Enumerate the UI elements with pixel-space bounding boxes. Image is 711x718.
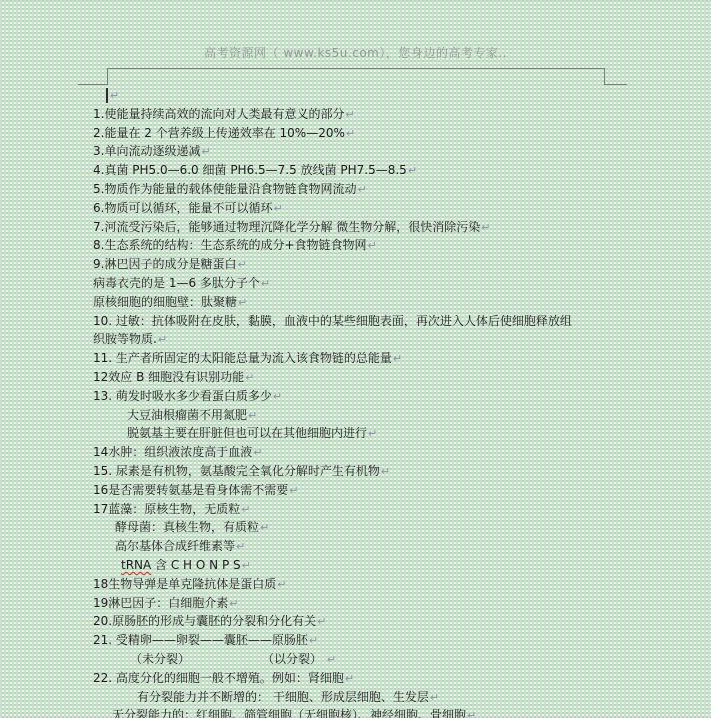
text-boundary-corner-left-arm xyxy=(78,84,108,85)
doc-line[interactable]: 4.真菌 PH5.0—6.0 细菌 PH6.5—7.5 放线菌 PH7.5—8.… xyxy=(0,161,711,180)
paragraph-mark-icon: ↵ xyxy=(110,89,119,102)
doc-line[interactable]: 8.生态系统的结构：生态系统的成分+食物链食物网↵ xyxy=(0,236,711,255)
paragraph-mark-icon: ↵ xyxy=(309,634,318,647)
doc-text: 6.物质可以循环，能量不可以循环 xyxy=(93,201,272,215)
paragraph-mark-icon: ↵ xyxy=(467,709,476,718)
doc-line[interactable]: （未分裂） （以分裂） ↵ xyxy=(0,650,711,669)
paragraph-mark-icon: ↵ xyxy=(238,296,247,309)
doc-line[interactable]: 19淋巴因子：白细胞介素↵ xyxy=(0,594,711,613)
doc-text: 1.使能量持续高效的流向对人类最有意义的部分 xyxy=(93,107,344,121)
doc-text: 脱氨基主要在肝脏但也可以在其他细胞内进行 xyxy=(127,426,367,440)
doc-line[interactable]: 16是否需要转氨基是看身体需不需要↵ xyxy=(0,481,711,500)
doc-text: 原核细胞的细胞壁：肽聚糖 xyxy=(93,295,237,309)
doc-text: 16是否需要转氨基是看身体需不需要 xyxy=(93,483,288,497)
doc-text: 7.河流受污染后，能够通过物理沉降化学分解 微生物分解，很快消除污染 xyxy=(93,220,480,234)
paragraph-mark-icon: ↵ xyxy=(327,653,336,666)
text-boundary-corner-right-arm xyxy=(604,84,627,85)
doc-text: 5.物质作为能量的载体使能量沿食物链食物网流动 xyxy=(93,182,356,196)
paragraph-mark-icon: ↵ xyxy=(393,352,402,365)
doc-text: 19淋巴因子：白细胞介素 xyxy=(93,596,228,610)
doc-text: 12效应 B 细胞没有识别功能 xyxy=(93,370,244,384)
doc-line[interactable]: 6.物质可以循环，能量不可以循环↵ xyxy=(0,199,711,218)
doc-line[interactable]: 9.淋巴因子的成分是糖蛋白↵ xyxy=(0,255,711,274)
paragraph-mark-icon: ↵ xyxy=(481,221,490,234)
doc-text: 2.能量在 2 个营养级上传递效率在 10%—20% xyxy=(93,126,345,140)
doc-text: 11. 生产者所固定的太阳能总量为流入该食物链的总能量 xyxy=(93,351,392,365)
doc-text: 4.真菌 PH5.0—6.0 细菌 PH6.5—7.5 放线菌 PH7.5—8.… xyxy=(93,163,407,177)
paragraph-mark-icon: ↵ xyxy=(158,333,167,346)
page-header-text: 高考资源网（ www.ks5u.com），您身边的高考专家.. xyxy=(0,44,711,61)
doc-text: 8.生态系统的结构：生态系统的成分+食物链食物网 xyxy=(93,238,367,252)
paragraph-mark-icon: ↵ xyxy=(381,465,390,478)
text-boundary-corner-right xyxy=(604,68,605,85)
doc-text: 22. 高度分化的细胞一般不增殖。例如：肾细胞 xyxy=(93,671,344,685)
doc-line[interactable]: 脱氨基主要在肝脏但也可以在其他细胞内进行↵ xyxy=(0,424,711,443)
paragraph-mark-icon: ↵ xyxy=(345,672,354,685)
doc-line[interactable]: 12效应 B 细胞没有识别功能↵ xyxy=(0,368,711,387)
paragraph-mark-icon: ↵ xyxy=(289,484,298,497)
doc-line[interactable]: 高尔基体合成纤维素等↵ xyxy=(0,537,711,556)
doc-text: 9.淋巴因子的成分是糖蛋白 xyxy=(93,257,236,271)
paragraph-mark-icon: ↵ xyxy=(368,427,377,440)
doc-line[interactable]: 14水肿：组织液浓度高于血液↵ xyxy=(0,443,711,462)
doc-text: 13. 萌发时吸水多少看蛋白质多少 xyxy=(93,389,272,403)
paragraph-mark-icon: ↵ xyxy=(357,183,366,196)
paragraph-mark-icon: ↵ xyxy=(408,164,417,177)
doc-line[interactable]: 酵母菌：真核生物，有质粒↵ xyxy=(0,518,711,537)
paragraph-mark-icon: ↵ xyxy=(345,108,354,121)
paragraph-mark-icon: ↵ xyxy=(273,202,282,215)
doc-line[interactable]: 织胺等物质.↵ xyxy=(0,330,711,349)
doc-text: 20.原肠胚的形成与囊胚的分裂和分化有关 xyxy=(93,614,316,628)
doc-line[interactable]: 17蓝藻：原核生物，无质粒↵ xyxy=(0,500,711,519)
doc-text: 有分裂能力并不断增的： 干细胞、形成层细胞、生发层 xyxy=(137,690,429,704)
doc-line[interactable]: 20.原肠胚的形成与囊胚的分裂和分化有关↵ xyxy=(0,612,711,631)
header-boundary-line xyxy=(107,68,605,69)
doc-line[interactable]: 无分裂能力的：红细胞、筛管细胞（无细胞核）、神经细胞、骨细胞↵ xyxy=(0,706,711,718)
doc-text: 织胺等物质. xyxy=(93,332,157,346)
doc-text: 大豆油根瘤菌不用氮肥 xyxy=(127,408,247,422)
document-canvas[interactable]: 高考资源网（ www.ks5u.com），您身边的高考专家.. ↵1.使能量持续… xyxy=(0,0,711,718)
doc-line[interactable]: 7.河流受污染后，能够通过物理沉降化学分解 微生物分解，很快消除污染↵ xyxy=(0,218,711,237)
doc-line[interactable]: 18生物导弹是单克隆抗体是蛋白质↵ xyxy=(0,575,711,594)
paragraph-mark-icon: ↵ xyxy=(368,239,377,252)
paragraph-mark-icon: ↵ xyxy=(248,409,257,422)
text-boundary-corner-left xyxy=(107,68,108,85)
doc-line[interactable]: 11. 生产者所固定的太阳能总量为流入该食物链的总能量↵ xyxy=(0,349,711,368)
paragraph-mark-icon: ↵ xyxy=(229,597,238,610)
doc-text: 18生物导弹是单克隆抗体是蛋白质 xyxy=(93,577,276,591)
paragraph-mark-icon: ↵ xyxy=(241,503,250,516)
doc-line[interactable]: 13. 萌发时吸水多少看蛋白质多少↵ xyxy=(0,387,711,406)
doc-line[interactable]: 15. 尿素是有机物，氨基酸完全氧化分解时产生有机物↵ xyxy=(0,462,711,481)
word-document-page: { "header": { "text": "高考资源网（ www.ks5u.c… xyxy=(0,0,711,718)
paragraph-mark-icon: ↵ xyxy=(317,615,326,628)
doc-line[interactable]: 21. 受精卵——卵裂——囊胚——原肠胚↵ xyxy=(0,631,711,650)
doc-line[interactable]: 5.物质作为能量的载体使能量沿食物链食物网流动↵ xyxy=(0,180,711,199)
doc-line[interactable]: 1.使能量持续高效的流向对人类最有意义的部分↵ xyxy=(0,105,711,124)
paragraph-mark-icon: ↵ xyxy=(273,390,282,403)
doc-text: 10. 过敏：抗体吸附在皮肤，黏膜，血液中的某些细胞表面，再次进入人体后使细胞释… xyxy=(93,314,572,328)
doc-line[interactable]: ↵ xyxy=(0,86,711,105)
doc-text: 21. 受精卵——卵裂——囊胚——原肠胚 xyxy=(93,633,308,647)
doc-line[interactable]: 大豆油根瘤菌不用氮肥↵ xyxy=(0,406,711,425)
document-body: ↵1.使能量持续高效的流向对人类最有意义的部分↵2.能量在 2 个营养级上传递效… xyxy=(0,86,711,718)
paragraph-mark-icon: ↵ xyxy=(261,277,270,290)
doc-text: （未分裂） （以分裂） xyxy=(130,652,326,666)
doc-text: 15. 尿素是有机物，氨基酸完全氧化分解时产生有机物 xyxy=(93,464,380,478)
doc-text: 酵母菌：真核生物，有质粒 xyxy=(115,520,259,534)
doc-line[interactable]: 22. 高度分化的细胞一般不增殖。例如：肾细胞↵ xyxy=(0,669,711,688)
doc-text: 无分裂能力的：红细胞、筛管细胞（无细胞核）、神经细胞、骨细胞 xyxy=(112,708,466,718)
paragraph-mark-icon: ↵ xyxy=(237,258,246,271)
doc-line[interactable]: 病毒衣壳的是 1—6 多肽分子个↵ xyxy=(0,274,711,293)
paragraph-mark-icon: ↵ xyxy=(242,559,251,572)
paragraph-mark-icon: ↵ xyxy=(277,578,286,591)
doc-text: 病毒衣壳的是 1—6 多肽分子个 xyxy=(93,276,260,290)
doc-line[interactable]: 原核细胞的细胞壁：肽聚糖↵ xyxy=(0,293,711,312)
doc-text: 高尔基体合成纤维素等 xyxy=(115,539,235,553)
doc-text: 3.单向流动逐级递减 xyxy=(93,144,200,158)
doc-line[interactable]: 3.单向流动逐级递减↵ xyxy=(0,142,711,161)
doc-text: 含 C H O N P S xyxy=(151,558,240,572)
doc-line[interactable]: 10. 过敏：抗体吸附在皮肤，黏膜，血液中的某些细胞表面，再次进入人体后使细胞释… xyxy=(0,312,711,331)
doc-text: 17蓝藻：原核生物，无质粒 xyxy=(93,502,240,516)
paragraph-mark-icon: ↵ xyxy=(253,446,262,459)
paragraph-mark-icon: ↵ xyxy=(236,540,245,553)
misspelled-word: tRNA xyxy=(121,558,151,572)
doc-text: 14水肿：组织液浓度高于血液 xyxy=(93,445,252,459)
doc-line[interactable]: 2.能量在 2 个营养级上传递效率在 10%—20%↵ xyxy=(0,124,711,143)
doc-line[interactable]: tRNA 含 C H O N P S↵ xyxy=(0,556,711,575)
paragraph-mark-icon: ↵ xyxy=(430,691,439,704)
paragraph-mark-icon: ↵ xyxy=(245,371,254,384)
paragraph-mark-icon: ↵ xyxy=(201,145,210,158)
paragraph-mark-icon: ↵ xyxy=(346,127,355,140)
paragraph-mark-icon: ↵ xyxy=(260,521,269,534)
doc-line[interactable]: 有分裂能力并不断增的： 干细胞、形成层细胞、生发层↵ xyxy=(0,688,711,707)
